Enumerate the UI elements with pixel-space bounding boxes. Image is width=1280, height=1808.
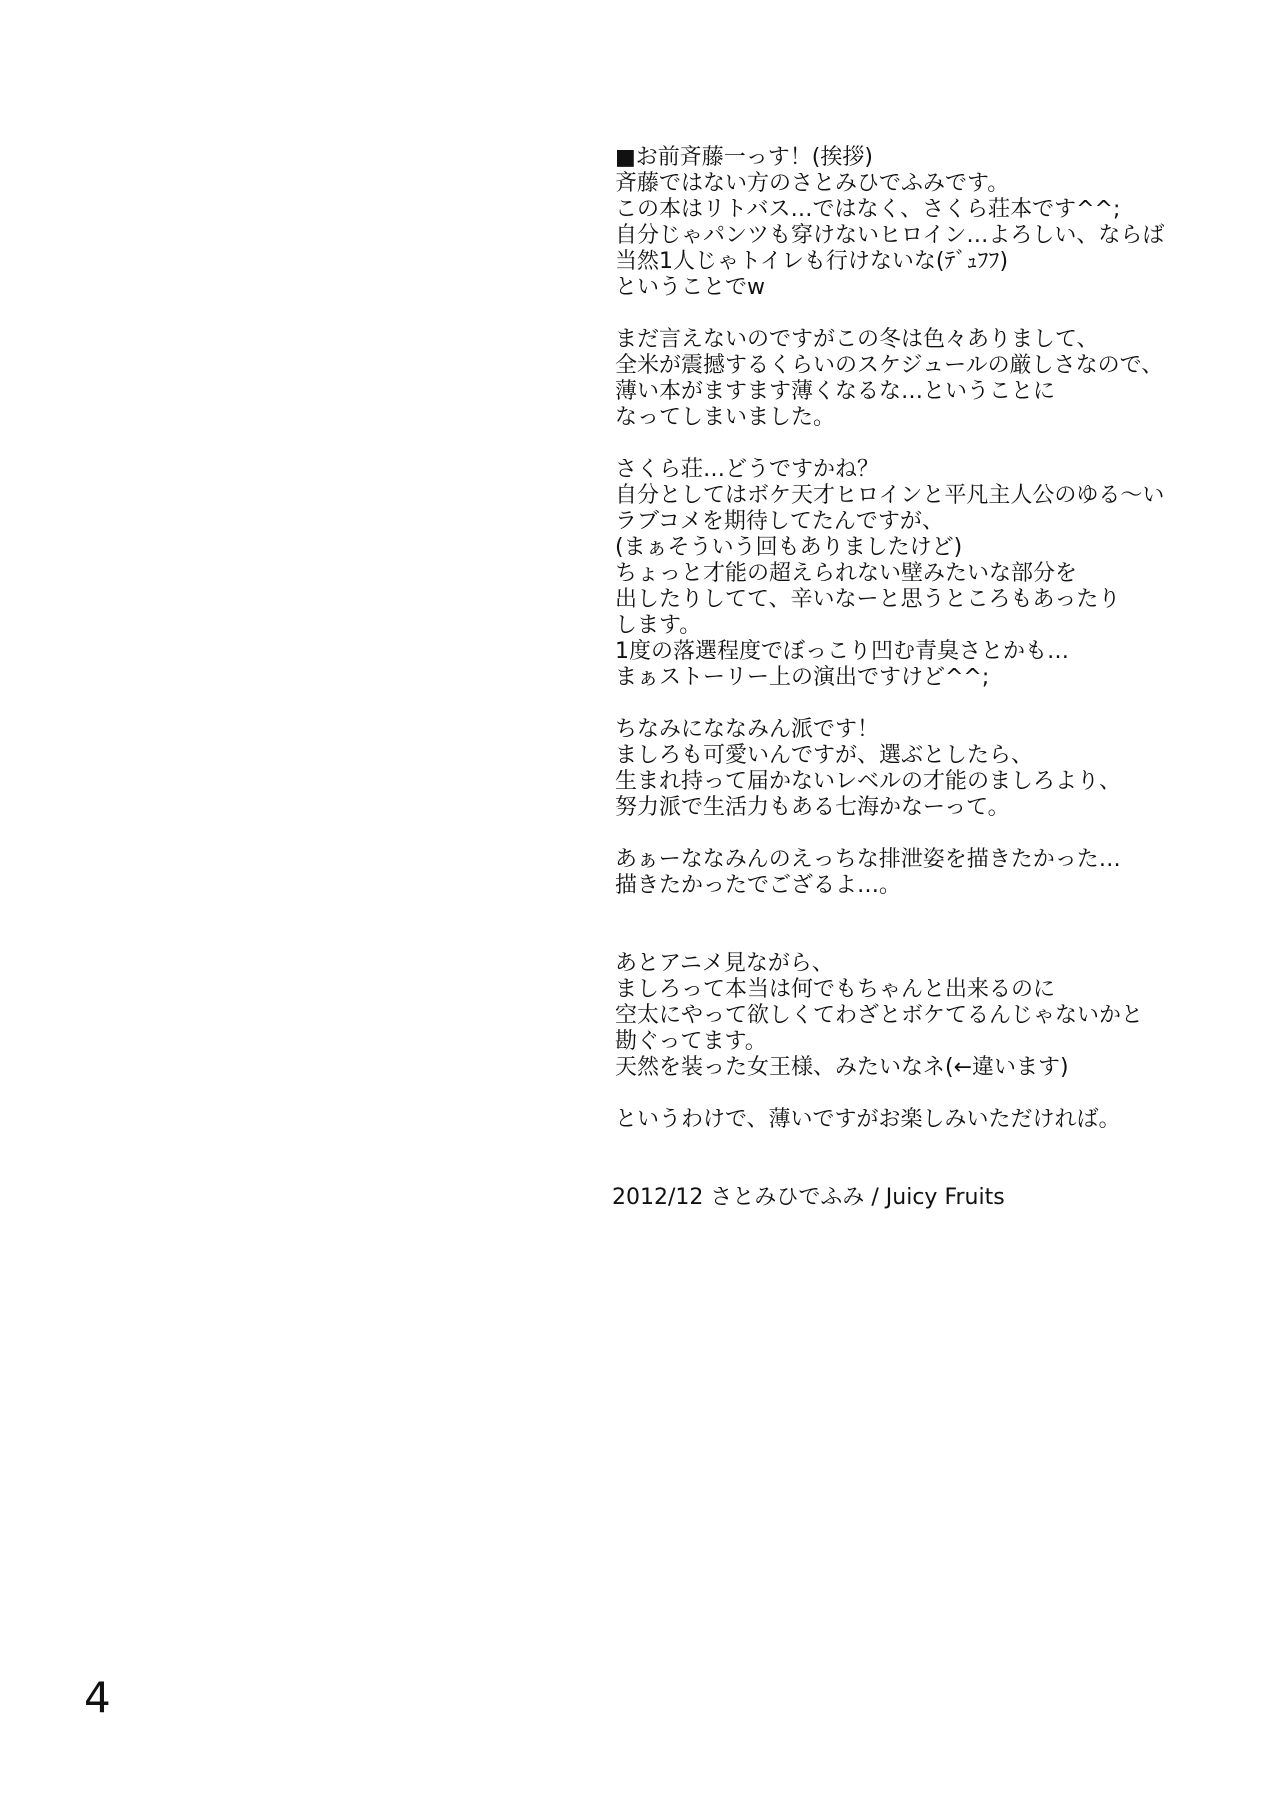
text-line: というわけで、薄いですがお楽しみいただければ。 — [615, 1107, 1215, 1133]
text-line — [615, 899, 1215, 925]
text-line: 1度の落選程度でぼっこり凹む青臭さとかも… — [615, 639, 1215, 665]
text-line: ちょっと才能の超えられない壁みたいな部分を — [615, 561, 1215, 587]
text-line: 斉藤ではない方のさとみひでふみです。 — [615, 171, 1215, 197]
text-line — [615, 301, 1215, 327]
credit-line: 2012/12 さとみひでふみ / Juicy Fruits — [612, 1185, 1005, 1211]
afterword-text: ■お前斉藤一っす！(挨拶)斉藤ではない方のさとみひでふみです。この本はリトバス…… — [615, 145, 1215, 1133]
text-line: ちなみにななみん派です！ — [615, 717, 1215, 743]
text-line: さくら荘…どうですかね？ — [615, 457, 1215, 483]
text-line: ■お前斉藤一っす！(挨拶) — [615, 145, 1215, 171]
text-line — [615, 1081, 1215, 1107]
text-line: あとアニメ見ながら、 — [615, 951, 1215, 977]
text-line: 薄い本がますます薄くなるな…ということに — [615, 379, 1215, 405]
text-line: 自分としてはボケ天才ヒロインと平凡主人公のゆる～い — [615, 483, 1215, 509]
text-line: します。 — [615, 613, 1215, 639]
text-line — [615, 821, 1215, 847]
text-line — [615, 431, 1215, 457]
text-line — [615, 691, 1215, 717]
document-page: ■お前斉藤一っす！(挨拶)斉藤ではない方のさとみひでふみです。この本はリトバス…… — [0, 0, 1280, 1808]
text-line: この本はリトバス…ではなく、さくら荘本です^^; — [615, 197, 1215, 223]
text-line — [615, 925, 1215, 951]
text-line: 努力派で生活力もある七海かなーって。 — [615, 795, 1215, 821]
text-line: なってしまいました。 — [615, 405, 1215, 431]
text-line: (まぁそういう回もありましたけど) — [615, 535, 1215, 561]
text-line: ましろって本当は何でもちゃんと出来るのに — [615, 977, 1215, 1003]
text-line: 生まれ持って届かないレベルの才能のましろより、 — [615, 769, 1215, 795]
text-line: 自分じゃパンツも穿けないヒロイン…よろしい、ならば — [615, 223, 1215, 249]
text-line: 空太にやって欲しくてわざとボケてるんじゃないかと — [615, 1003, 1215, 1029]
text-line: 勘ぐってます。 — [615, 1029, 1215, 1055]
text-line: あぁーななみんのえっちな排泄姿を描きたかった… — [615, 847, 1215, 873]
text-line: ラブコメを期待してたんですが、 — [615, 509, 1215, 535]
text-line: まだ言えないのですがこの冬は色々ありまして、 — [615, 327, 1215, 353]
text-line: 天然を装った女王様、みたいなネ(←違います) — [615, 1055, 1215, 1081]
text-line: 描きたかったでござるよ…。 — [615, 873, 1215, 899]
text-line: ましろも可愛いんですが、選ぶとしたら、 — [615, 743, 1215, 769]
text-line: 当然1人じゃトイレも行けないな(ﾃﾞｭﾌﾌ) — [615, 249, 1215, 275]
text-line: ということでw — [615, 275, 1215, 301]
page-number: 4 — [84, 1676, 111, 1720]
text-line: まぁストーリー上の演出ですけど^^; — [615, 665, 1215, 691]
text-line: 出したりしてて、辛いなーと思うところもあったり — [615, 587, 1215, 613]
text-line: 全米が震撼するくらいのスケジュールの厳しさなので、 — [615, 353, 1215, 379]
